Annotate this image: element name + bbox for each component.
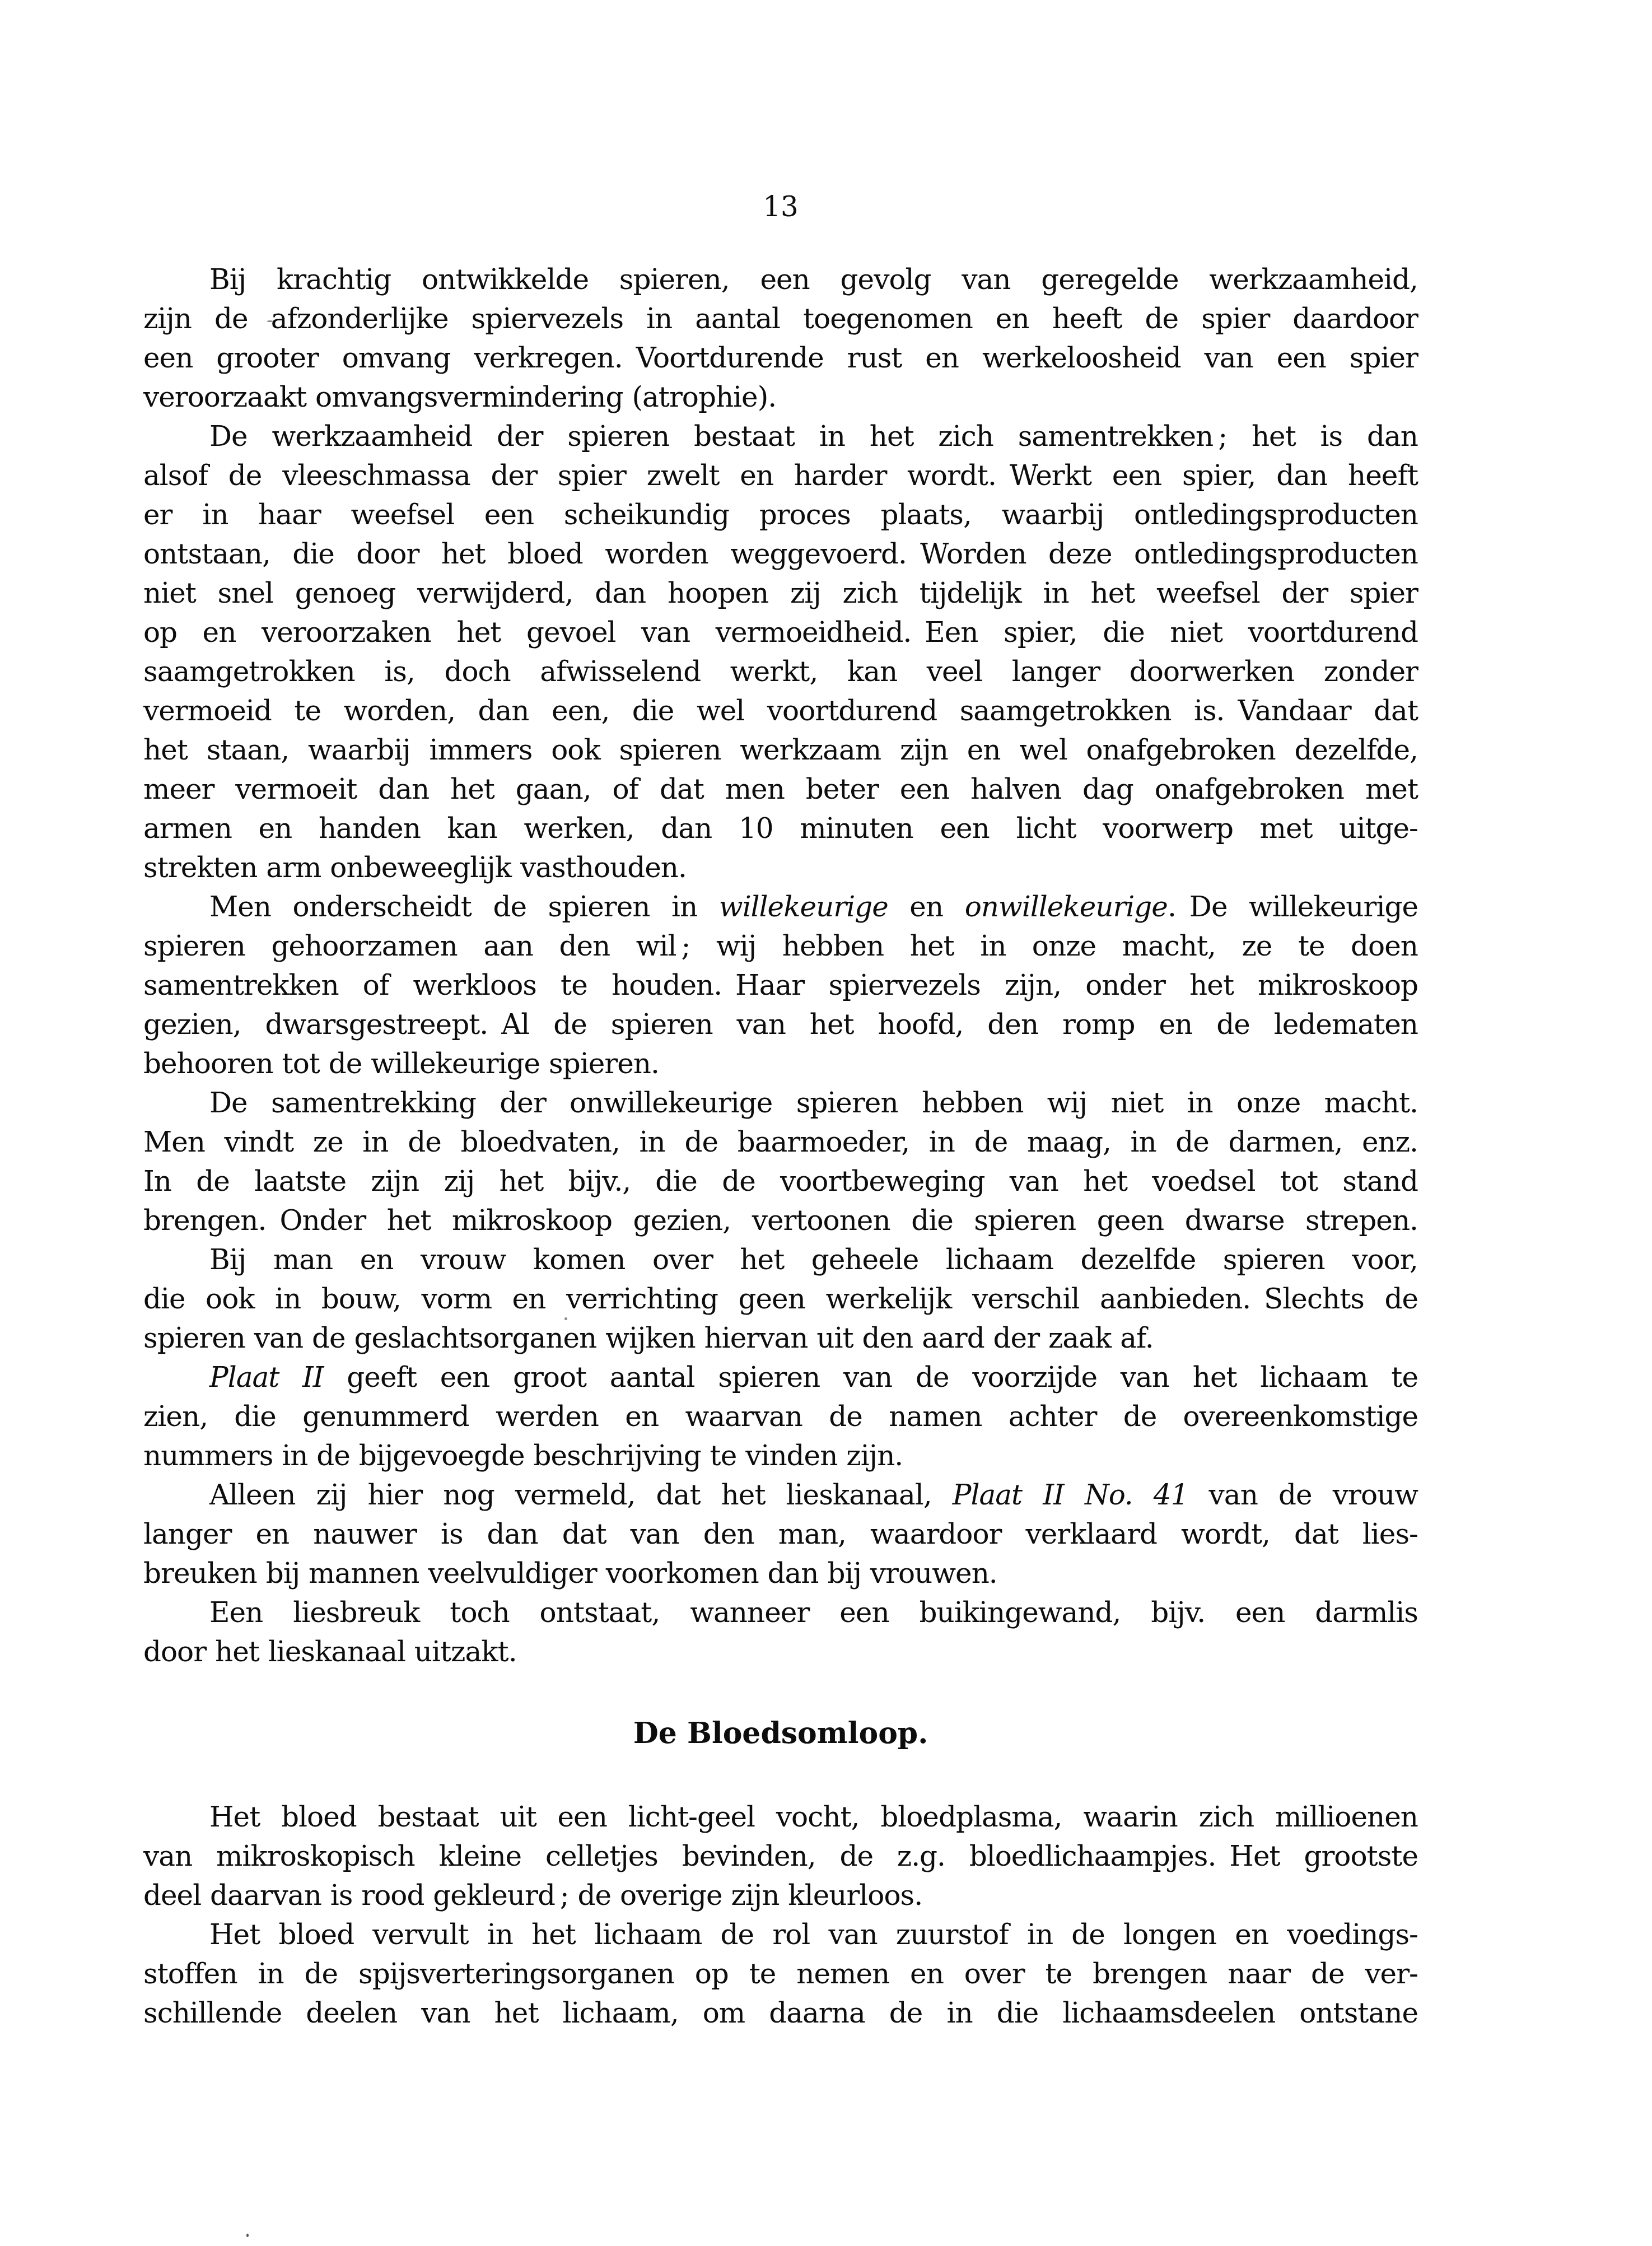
text-run: brengen. Onder het mikroskoop gezien, ve…	[143, 1204, 1418, 1237]
text-line: zijn de afzonderlijke spiervezels in aan…	[143, 299, 1418, 338]
text-run: Bij krachtig ontwikkelde spieren, een ge…	[209, 263, 1418, 296]
text-line: samentrekken of werkloos te houden. Haar…	[143, 966, 1418, 1005]
text-line: spieren gehoorzamen aan den wil ; wij he…	[143, 926, 1418, 966]
text-run: stoffen in de spijsverteringsorganen op …	[143, 1958, 1418, 1990]
text-run: saamgetrokken is, doch afwisselend werkt…	[143, 655, 1418, 688]
text-line: vermoeid te worden, dan een, die wel voo…	[143, 691, 1418, 730]
text-line: alsof de vleeschmassa der spier zwelt en…	[143, 456, 1418, 495]
paragraph: Het bloed bestaat uit een licht-geel voc…	[143, 1797, 1418, 1915]
text-line: Het bloed bestaat uit een licht-geel voc…	[143, 1797, 1418, 1837]
scan-speck	[267, 320, 273, 322]
paragraph: Het bloed vervult in het lichaam de rol …	[143, 1915, 1418, 2033]
text-line: strekten arm onbeweeglijk vasthouden.	[143, 848, 1418, 887]
text-line: Alleen zij hier nog vermeld, dat het lie…	[143, 1475, 1418, 1515]
text-run: De samentrekking der onwillekeurige spie…	[209, 1087, 1418, 1119]
text-line: De werkzaamheid der spieren bestaat in h…	[143, 417, 1418, 456]
text-run: Men vindt ze in de bloedvaten, in de baa…	[143, 1126, 1418, 1158]
text-run: Men onderscheidt de spieren in	[209, 891, 719, 923]
italic-text: Plaat II No. 41	[953, 1479, 1188, 1511]
text-line: een grooter omvang verkregen. Voortduren…	[143, 338, 1418, 378]
text-run: van de vrouw	[1188, 1479, 1418, 1511]
text-run: Een liesbreuk toch ontstaat, wanneer een…	[209, 1596, 1418, 1629]
text-line: Bij krachtig ontwikkelde spieren, een ge…	[143, 260, 1418, 299]
text-line: deel daarvan is rood gekleurd ; de overi…	[143, 1876, 1418, 1915]
text-line: gezien, dwarsgestreept. Al de spieren va…	[143, 1005, 1418, 1044]
text-run: spieren gehoorzamen aan den wil ; wij he…	[143, 930, 1418, 962]
text-line: van mikroskopisch kleine celletjes bevin…	[143, 1837, 1418, 1876]
text-run: zijn de afzonderlijke spiervezels in aan…	[143, 302, 1418, 335]
text-run: die ook in bouw, vorm en verrichting gee…	[143, 1283, 1418, 1315]
text-line: In de laatste zijn zij het bijv., die de…	[143, 1162, 1418, 1201]
text-run: deel daarvan is rood gekleurd ; de overi…	[143, 1879, 922, 1912]
text-run: nummers in de bijgevoegde beschrijving t…	[143, 1439, 903, 1472]
text-run: er in haar weefsel een scheikundig proce…	[143, 498, 1418, 531]
text-line: op en veroorzaken het gevoel van vermoei…	[143, 613, 1418, 652]
text-run: een grooter omvang verkregen. Voortduren…	[143, 342, 1418, 374]
text-run: zien, die genummerd werden en waarvan de…	[143, 1400, 1418, 1433]
text-run: geeft een groot aantal spieren van de vo…	[324, 1361, 1418, 1394]
text-line: spieren van de geslachtsorganen wijken h…	[143, 1318, 1418, 1358]
text-line: veroorzaakt omvangsvermindering (atrophi…	[143, 378, 1418, 417]
text-line: Bij man en vrouw komen over het geheele …	[143, 1240, 1418, 1279]
text-line: breuken bij mannen veelvuldiger voorkome…	[143, 1554, 1418, 1593]
text-run: spieren van de geslachtsorganen wijken h…	[143, 1322, 1154, 1354]
text-run: schillende deelen van het lichaam, om da…	[143, 1997, 1418, 2029]
text-run: armen en handen kan werken, dan 10 minut…	[143, 812, 1418, 845]
text-run: Alleen zij hier nog vermeld, dat het lie…	[209, 1479, 953, 1511]
scan-speck	[246, 2234, 249, 2237]
text-run: niet snel genoeg verwijderd, dan hoopen …	[143, 577, 1418, 609]
text-run: vermoeid te worden, dan een, die wel voo…	[143, 695, 1418, 727]
paragraph: Men onderscheidt de spieren in willekeur…	[143, 887, 1418, 1083]
paragraph: De werkzaamheid der spieren bestaat in h…	[143, 417, 1418, 887]
text-line: ontstaan, die door het bloed worden wegg…	[143, 534, 1418, 574]
italic-text: Plaat II	[209, 1361, 324, 1394]
paragraph: Alleen zij hier nog vermeld, dat het lie…	[143, 1475, 1418, 1593]
text-run: ontstaan, die door het bloed worden wegg…	[143, 538, 1418, 570]
text-run: De werkzaamheid der spieren bestaat in h…	[209, 420, 1418, 453]
text-run: en	[888, 891, 965, 923]
italic-text: willekeurige	[719, 891, 888, 923]
text-line: schillende deelen van het lichaam, om da…	[143, 1993, 1418, 2033]
text-line: meer vermoeit dan het gaan, of dat men b…	[143, 770, 1418, 809]
text-run: het staan, waarbij immers ook spieren we…	[143, 734, 1418, 766]
text-line: die ook in bouw, vorm en verrichting gee…	[143, 1279, 1418, 1318]
paragraph: Bij krachtig ontwikkelde spieren, een ge…	[143, 260, 1418, 417]
paragraph: Een liesbreuk toch ontstaat, wanneer een…	[143, 1593, 1418, 1671]
text-line: langer en nauwer is dan dat van den man,…	[143, 1515, 1418, 1554]
text-run: breuken bij mannen veelvuldiger voorkome…	[143, 1557, 997, 1590]
text-run: langer en nauwer is dan dat van den man,…	[143, 1518, 1418, 1550]
text-run: door het lieskanaal uitzakt.	[143, 1635, 517, 1668]
text-line: De samentrekking der onwillekeurige spie…	[143, 1083, 1418, 1122]
text-run: In de laatste zijn zij het bijv., die de…	[143, 1165, 1418, 1197]
text-run: gezien, dwarsgestreept. Al de spieren va…	[143, 1008, 1418, 1041]
text-line: armen en handen kan werken, dan 10 minut…	[143, 809, 1418, 848]
text-line: Het bloed vervult in het lichaam de rol …	[143, 1915, 1418, 1954]
text-run: behooren tot de willekeurige spieren.	[143, 1047, 659, 1080]
text-line: saamgetrokken is, doch afwisselend werkt…	[143, 652, 1418, 691]
text-line: behooren tot de willekeurige spieren.	[143, 1044, 1418, 1083]
text-run: Het bloed vervult in het lichaam de rol …	[209, 1918, 1418, 1951]
text-run: strekten arm onbeweeglijk vasthouden.	[143, 851, 687, 884]
text-run: van mikroskopisch kleine celletjes bevin…	[143, 1840, 1418, 1872]
text-line: Men onderscheidt de spieren in willekeur…	[143, 887, 1418, 926]
text-run: Bij man en vrouw komen over het geheele …	[209, 1243, 1418, 1276]
paragraph: Bij man en vrouw komen over het geheele …	[143, 1240, 1418, 1358]
page-number: 13	[143, 187, 1418, 226]
text-line: nummers in de bijgevoegde beschrijving t…	[143, 1436, 1418, 1475]
text-run: meer vermoeit dan het gaan, of dat men b…	[143, 773, 1418, 805]
book-page: 13 Bij krachtig ontwikkelde spieren, een…	[0, 0, 1652, 2246]
text-line: Plaat II geeft een groot aantal spieren …	[143, 1358, 1418, 1397]
text-run: Het bloed bestaat uit een licht-geel voc…	[209, 1801, 1418, 1833]
text-line: brengen. Onder het mikroskoop gezien, ve…	[143, 1201, 1418, 1240]
text-run: samentrekken of werkloos te houden. Haar…	[143, 969, 1418, 1001]
text-run: alsof de vleeschmassa der spier zwelt en…	[143, 459, 1418, 492]
italic-text: onwillekeurige	[965, 891, 1168, 923]
text-line: er in haar weefsel een scheikundig proce…	[143, 495, 1418, 534]
text-line: stoffen in de spijsverteringsorganen op …	[143, 1954, 1418, 1993]
text-line: Een liesbreuk toch ontstaat, wanneer een…	[143, 1593, 1418, 1632]
text-line: zien, die genummerd werden en waarvan de…	[143, 1397, 1418, 1436]
text-run: veroorzaakt omvangsvermindering (atrophi…	[143, 381, 776, 413]
text-line: niet snel genoeg verwijderd, dan hoopen …	[143, 574, 1418, 613]
text-block: Bij krachtig ontwikkelde spieren, een ge…	[143, 260, 1418, 2033]
section-heading: De Bloedsomloop.	[143, 1714, 1418, 1753]
paragraph: Plaat II geeft een groot aantal spieren …	[143, 1358, 1418, 1475]
scan-speck	[564, 1317, 567, 1320]
text-line: Men vindt ze in de bloedvaten, in de baa…	[143, 1122, 1418, 1162]
paragraph: De samentrekking der onwillekeurige spie…	[143, 1083, 1418, 1240]
text-line: door het lieskanaal uitzakt.	[143, 1632, 1418, 1671]
text-run: . De willekeurige	[1168, 891, 1418, 923]
text-run: op en veroorzaken het gevoel van vermoei…	[143, 616, 1418, 649]
text-line: het staan, waarbij immers ook spieren we…	[143, 730, 1418, 770]
